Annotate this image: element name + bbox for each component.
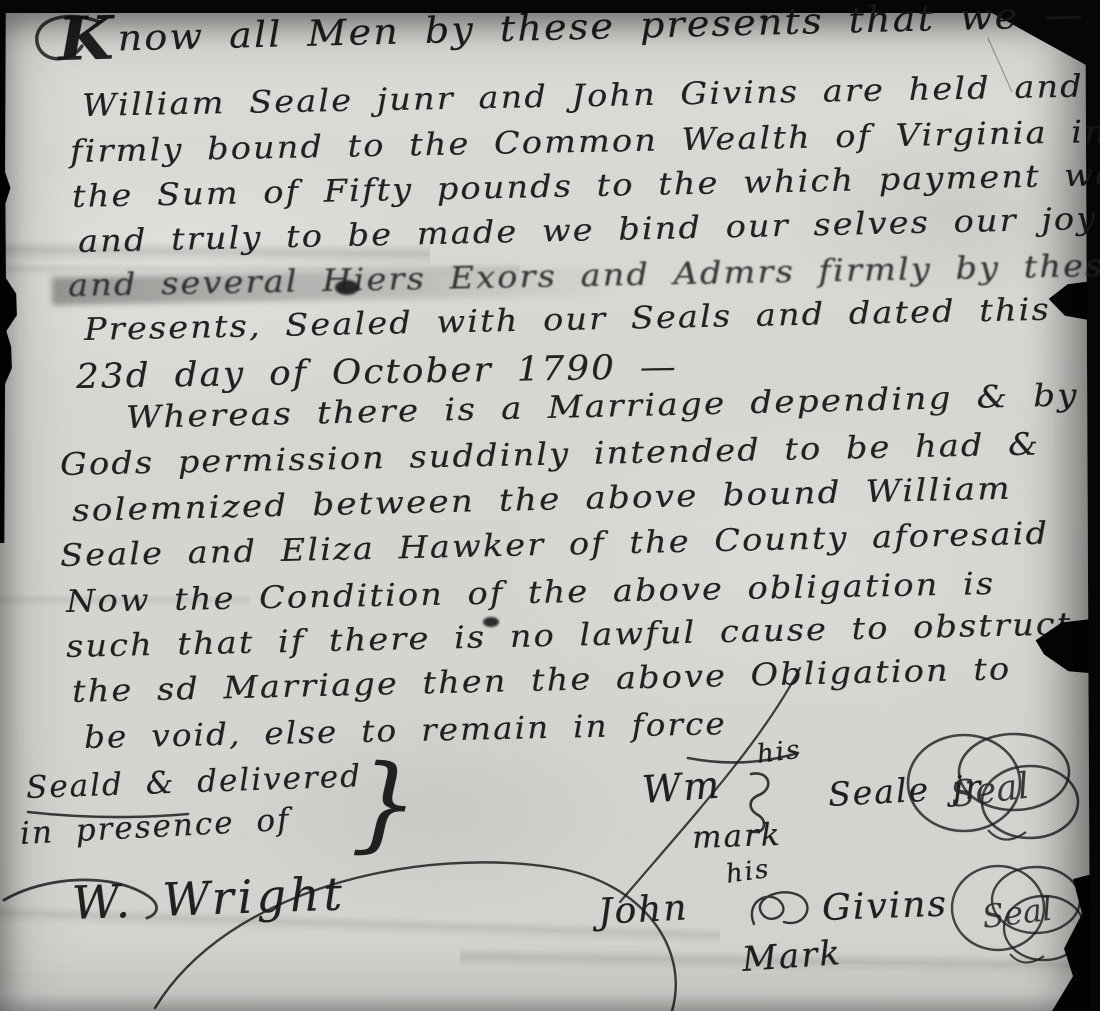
witness-brace: } (350, 752, 422, 854)
his-label: his (724, 854, 772, 890)
scanned-document-page: Know all Men by these presents that we —… (0, 0, 1100, 1011)
mark-label: mark (691, 817, 782, 856)
signer-forename: John (597, 887, 690, 933)
ornate-initial: K (57, 4, 116, 75)
mark-label: Mark (741, 933, 843, 980)
signer-surname: Givins (821, 884, 948, 929)
signer-surname: Seale jr (827, 767, 983, 814)
signer-forename: Wm (640, 763, 722, 812)
his-label: his (755, 735, 803, 770)
witness-signature: W. Wright (71, 866, 347, 930)
